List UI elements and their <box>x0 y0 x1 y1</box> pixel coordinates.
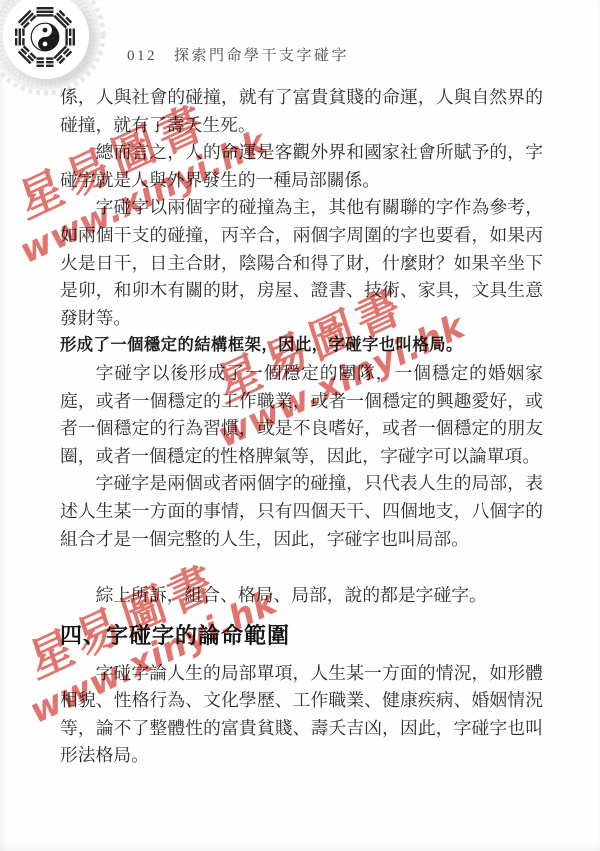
running-title: 探索門命學干支字碰字 <box>174 44 349 65</box>
yinyang-icon <box>31 23 59 51</box>
paragraph: 字碰字論人生的局部單項，人生某一方面的情況，如形體相貌、性格行為、文化學歷、工作… <box>60 660 543 770</box>
page-number: 012 <box>127 48 157 65</box>
paragraph: 字碰字是兩個或者兩個字的碰撞，只代表人生的局部，表述人生某一方面的事情，只有四個… <box>60 470 543 553</box>
running-header: 012 探索門命學干支字碰字 <box>127 44 349 65</box>
paragraph: 字碰字以後形成了一個穩定的團隊，一個穩定的婚姻家庭，或者一個穩定的工作職業，或者… <box>60 360 543 470</box>
paragraph-summary: 綜上所訴，組合、格局、局部，說的都是字碰字。 <box>60 582 543 610</box>
paragraph-continuation: 係，人與社會的碰撞，就有了富貴貧賤的命運，人與自然界的碰撞，就有了壽夭生死。 <box>60 84 543 139</box>
book-page: 012 探索門命學干支字碰字 係，人與社會的碰撞，就有了富貴貧賤的命運，人與自然… <box>0 0 600 851</box>
body-text: 係，人與社會的碰撞，就有了富貴貧賤的命運，人與自然界的碰撞，就有了壽夭生死。 總… <box>60 84 543 770</box>
paragraph: 字碰字以兩個字的碰撞為主，其他有關聯的字作為參考，如兩個干支的碰撞，丙辛合，兩個… <box>60 194 543 332</box>
section-heading: 四、字碰字的論命範圍 <box>60 621 543 651</box>
paragraph: 總而言之，人的命運是客觀外界和國家社會所賦予的，字碰字就是人與外界發生的一種局部… <box>60 139 543 194</box>
paragraph-bold: 形成了一個穩定的結構框架，因此，字碰字也叫格局。 <box>60 332 543 360</box>
